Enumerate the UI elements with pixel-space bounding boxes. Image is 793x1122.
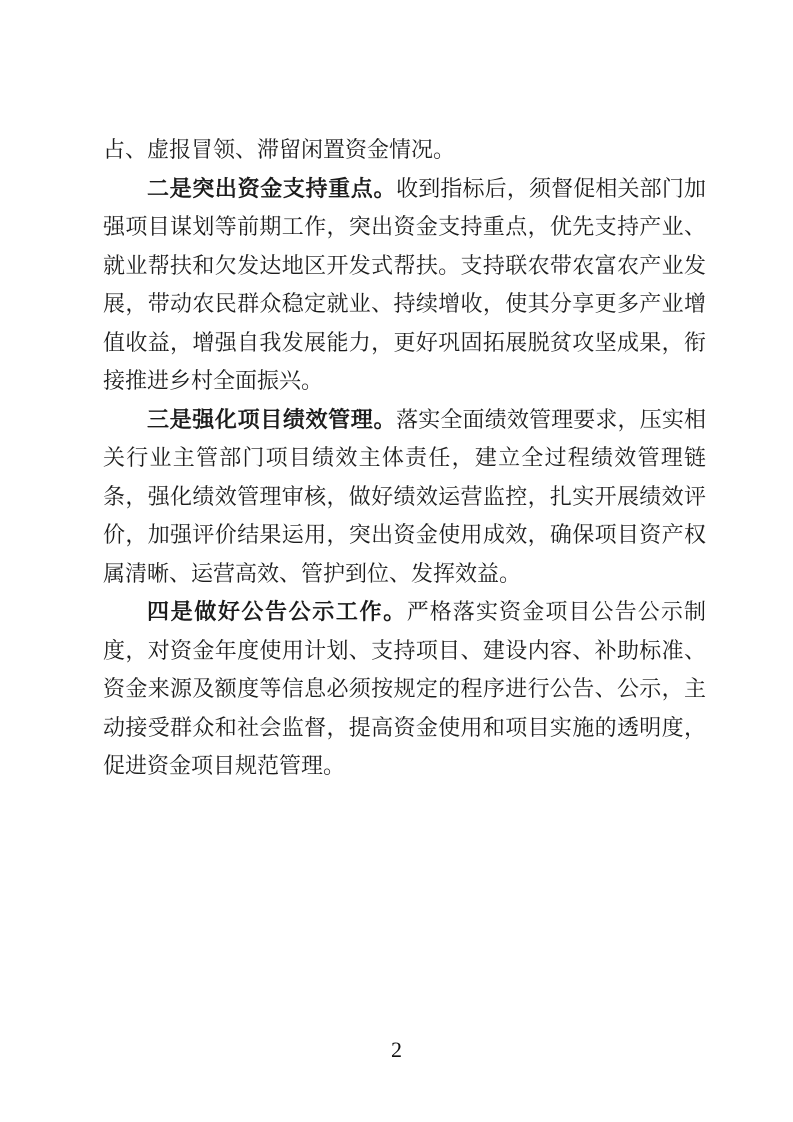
- paragraph-lead: 四是做好公告公示工作。: [147, 599, 407, 624]
- paragraph-point-3: 三是强化项目绩效管理。落实全面绩效管理要求，压实相关行业主管部门项目绩效主体责任…: [103, 401, 706, 594]
- paragraph-text: 落实全面绩效管理要求，压实相关行业主管部门项目绩效主体责任，建立全过程绩效管理链…: [103, 407, 706, 586]
- paragraph-lead: 三是强化项目绩效管理。: [147, 407, 396, 432]
- paragraph-text: 严格落实资金项目公告公示制度，对资金年度使用计划、支持项目、建设内容、补助标准、…: [103, 599, 706, 778]
- paragraph-point-2: 二是突出资金支持重点。收到指标后，须督促相关部门加强项目谋划等前期工作，突出资金…: [103, 170, 706, 401]
- document-body: 占、虚报冒领、滞留闲置资金情况。 二是突出资金支持重点。收到指标后，须督促相关部…: [103, 131, 706, 786]
- paragraph-text: 收到指标后，须督促相关部门加强项目谋划等前期工作，突出资金支持重点，优先支持产业…: [103, 176, 706, 394]
- paragraph-point-4: 四是做好公告公示工作。严格落实资金项目公告公示制度，对资金年度使用计划、支持项目…: [103, 593, 706, 786]
- paragraph-text: 占、虚报冒领、滞留闲置资金情况。: [103, 137, 455, 162]
- paragraph-lead: 二是突出资金支持重点。: [147, 176, 396, 201]
- page-footer: 2: [0, 1037, 793, 1063]
- document-page: 占、虚报冒领、滞留闲置资金情况。 二是突出资金支持重点。收到指标后，须督促相关部…: [0, 0, 793, 1122]
- page-number: 2: [391, 1037, 402, 1062]
- paragraph-continuation: 占、虚报冒领、滞留闲置资金情况。: [103, 131, 706, 170]
